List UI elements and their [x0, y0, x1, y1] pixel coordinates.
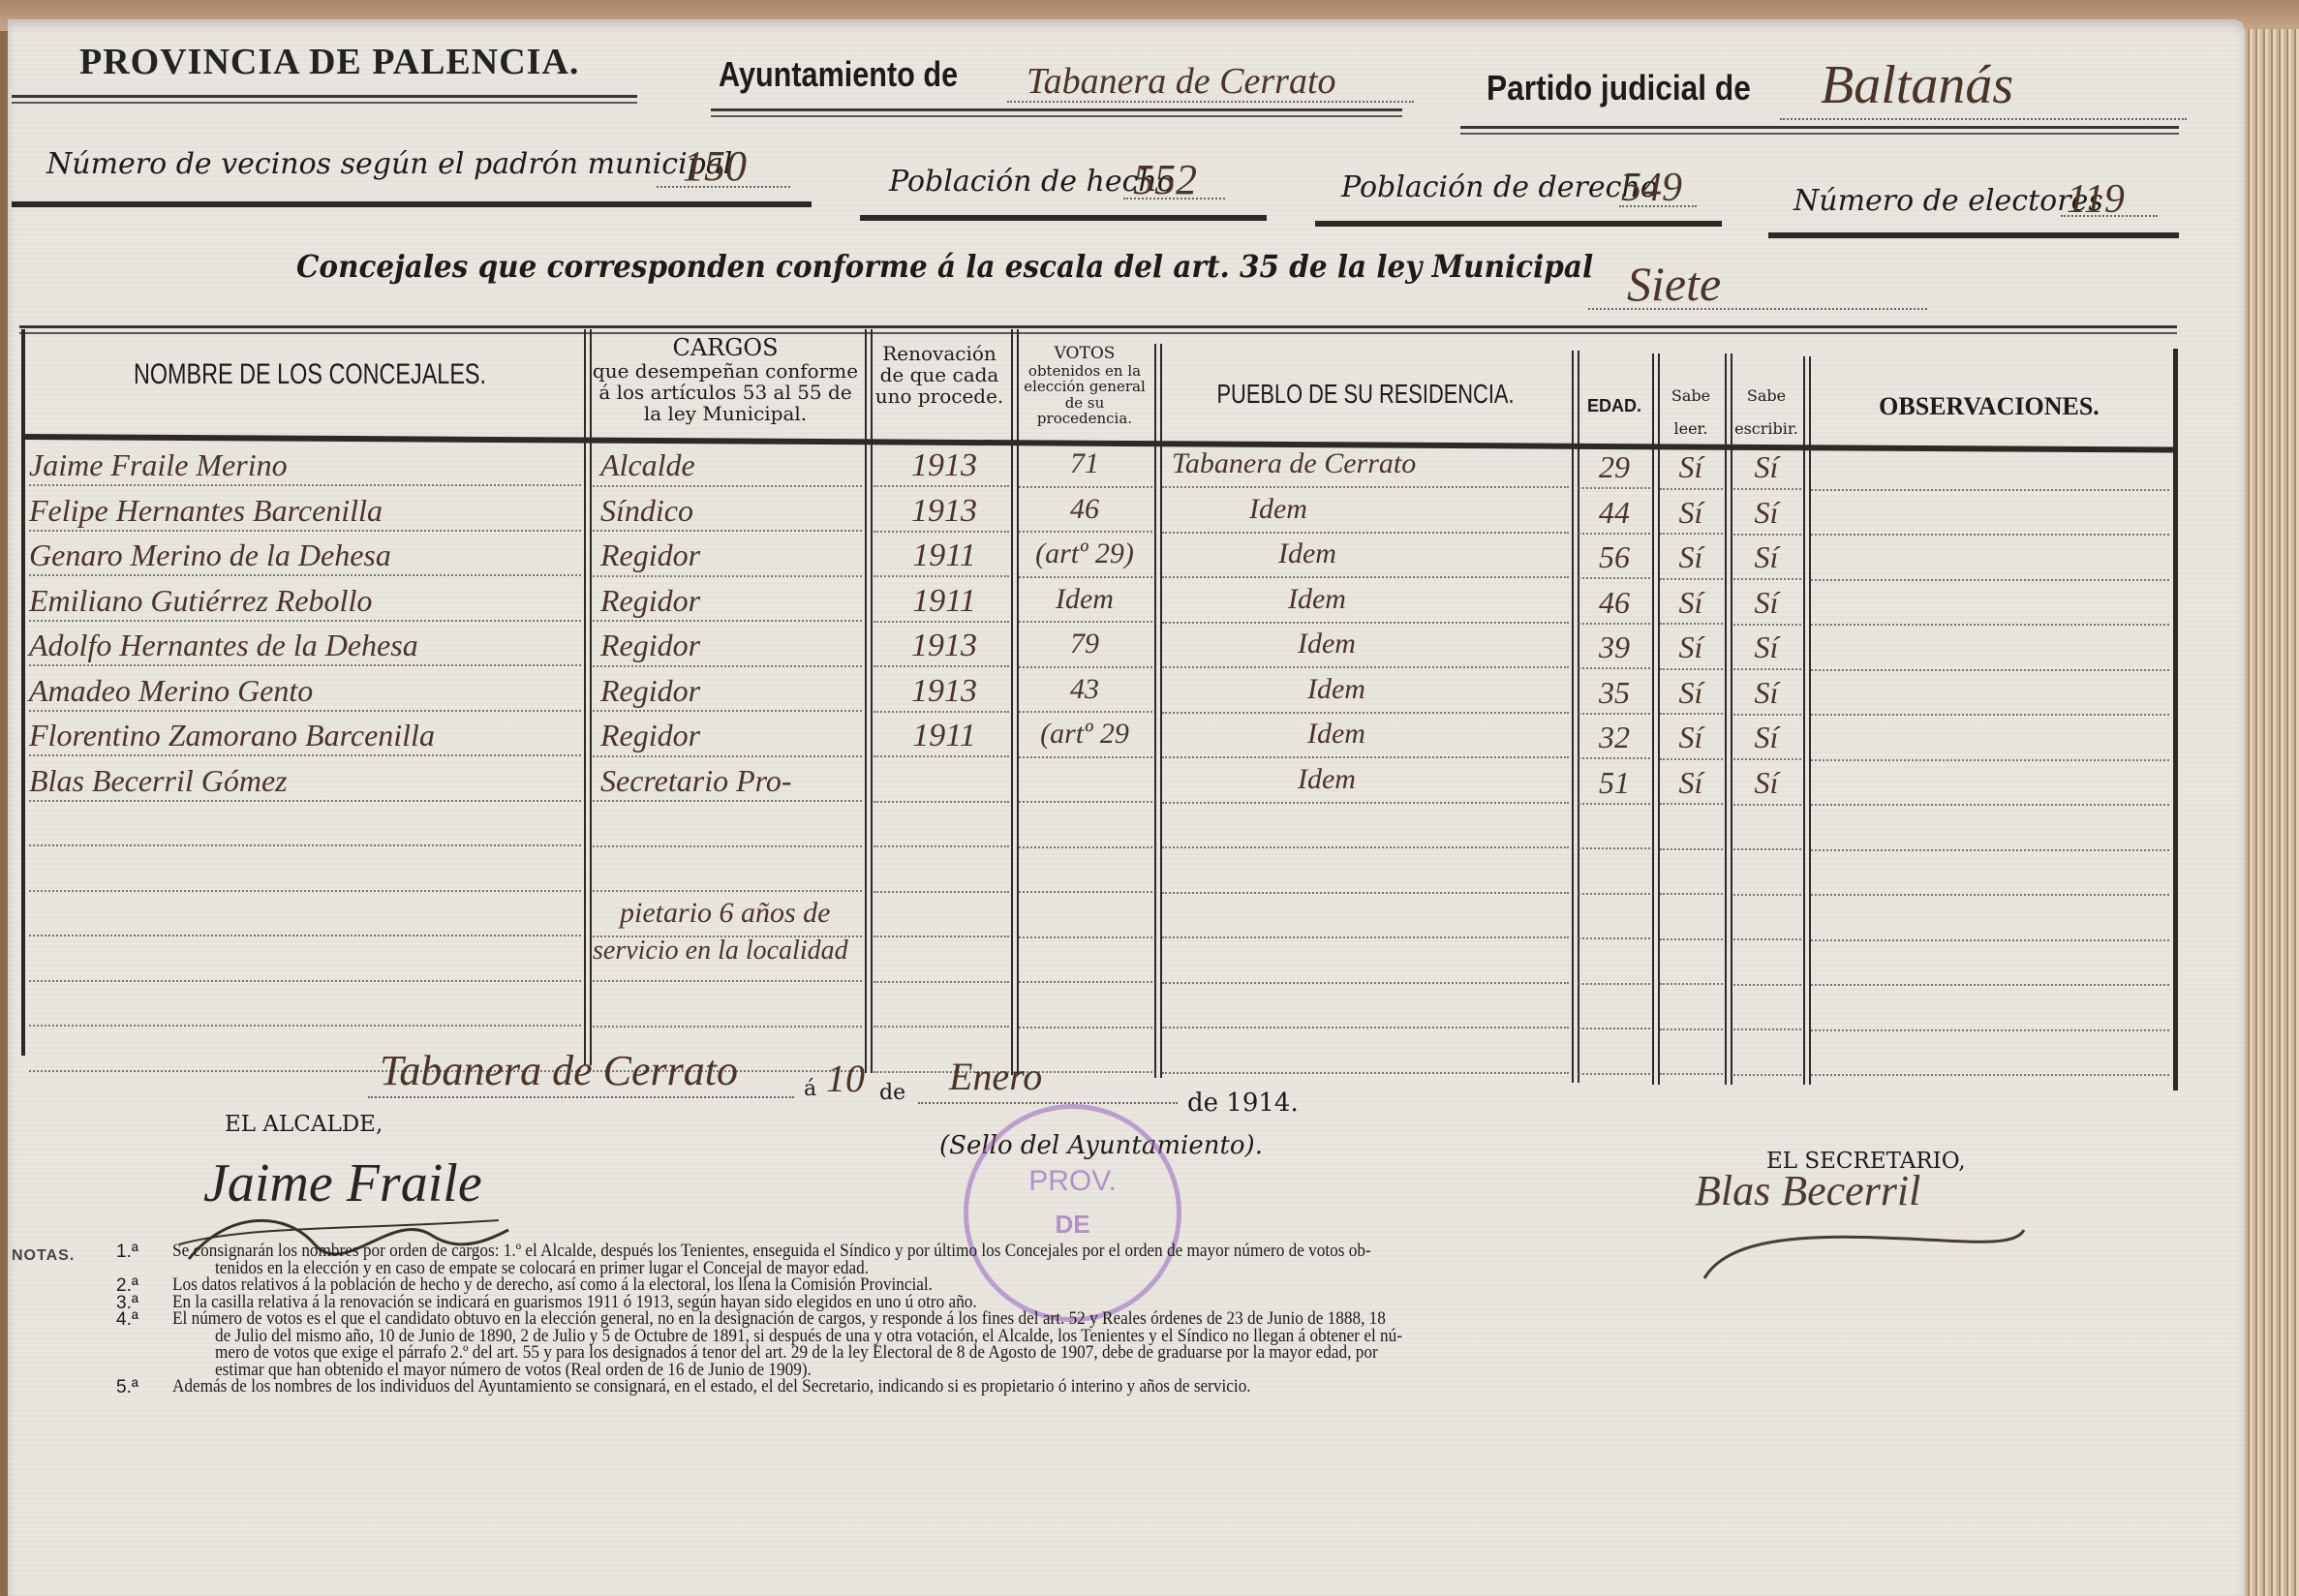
row-dotted-line: [29, 980, 581, 982]
date-place: Tabanera de Cerrato: [380, 1046, 738, 1095]
provincia-rule: [12, 95, 637, 104]
row-dotted-line: [1019, 711, 1152, 713]
date-month-field: [918, 1102, 1178, 1104]
row-dotted-line: [593, 980, 862, 982]
hecho-label: Población de hecho: [889, 165, 1175, 199]
derecho-label: Población de derecho: [1341, 170, 1658, 204]
cell-cargo: Síndico: [600, 493, 693, 529]
row-dotted-line: [874, 755, 1009, 757]
row-dotted-line: [29, 710, 581, 712]
header-votos-title: VOTOS: [1017, 345, 1152, 363]
page-edges: [2245, 29, 2299, 1596]
derecho-rule: [1315, 221, 1722, 227]
row-dotted-line: [1733, 804, 1801, 806]
row-dotted-line: [1660, 758, 1723, 760]
cell-cargo: Alcalde: [600, 447, 695, 483]
row-dotted-line: [1811, 669, 2169, 671]
row-dotted-line: [1162, 576, 1569, 578]
concejales-label: Concejales que corresponden conforme á l…: [296, 248, 1593, 285]
stamp-mid: DE: [968, 1210, 1177, 1240]
row-dotted-line: [874, 485, 1009, 487]
header-observaciones: OBSERVACIONES.: [1809, 393, 2169, 421]
ayuntamiento-rule: [711, 108, 1402, 117]
header-nombre: NOMBRE DE LOS CONCEJALES.: [99, 358, 522, 390]
row-dotted-line: [1733, 848, 1801, 850]
row-dotted-line: [874, 1026, 1009, 1028]
row-dotted-line: [29, 1025, 581, 1027]
row-dotted-line: [1660, 848, 1723, 850]
vecinos-value: 150: [683, 141, 747, 191]
date-a: á: [804, 1077, 816, 1101]
row-dotted-line: [874, 531, 1009, 533]
row-dotted-line: [1162, 936, 1569, 938]
row-dotted-line: [29, 935, 581, 936]
cell-votos: 43: [1017, 673, 1152, 706]
row-dotted-line: [1660, 1028, 1723, 1030]
cell-edad: 44: [1579, 495, 1650, 531]
row-dotted-line: [1811, 1029, 2169, 1031]
row-dotted-line: [1811, 714, 2169, 716]
header-cargos: CARGOS que desempeñan conforme á los art…: [587, 335, 864, 424]
cell-pueblo: Idem: [1298, 763, 1356, 796]
row-dotted-line: [1579, 1073, 1650, 1075]
row-dotted-line: [1811, 849, 2169, 851]
cell-pueblo: Idem: [1249, 493, 1307, 526]
row-dotted-line: [1660, 803, 1723, 805]
row-dotted-line: [1811, 534, 2169, 536]
cell-votos: (artº 29: [1017, 718, 1152, 751]
cell-cargo: Regidor: [600, 718, 700, 753]
row-dotted-line: [593, 800, 862, 802]
row-dotted-line: [1162, 756, 1569, 758]
row-dotted-line: [1019, 801, 1152, 803]
partido-field: [1780, 118, 2187, 120]
cell-nombre: Florentino Zamorano Barcenilla: [29, 718, 435, 753]
row-dotted-line: [1733, 668, 1801, 670]
cell-escribir: Sí: [1732, 495, 1801, 531]
row-dotted-line: [1162, 486, 1569, 488]
row-dotted-line: [874, 621, 1009, 623]
cell-escribir: Sí: [1732, 720, 1801, 755]
table-right-border: [2173, 349, 2178, 1090]
electores-label: Número de electores: [1793, 184, 2103, 218]
partido-rule: [1460, 126, 2179, 135]
row-dotted-line: [874, 801, 1009, 803]
row-dotted-line: [1162, 1072, 1569, 1074]
electores-rule: [1768, 232, 2179, 238]
date-de: de: [879, 1081, 905, 1105]
cell-edad: 51: [1579, 765, 1650, 801]
header-leer: Sabe leer.: [1658, 380, 1724, 445]
date-month: Enero: [949, 1054, 1042, 1099]
row-dotted-line: [874, 711, 1009, 713]
row-dotted-line: [1162, 892, 1569, 894]
cell-renovacion: 1911: [881, 583, 1007, 620]
row-dotted-line: [29, 754, 581, 756]
row-dotted-line: [593, 890, 862, 892]
ayuntamiento-value: Tabanera de Cerrato: [1027, 60, 1336, 103]
header-votos: VOTOS obtenidos en la elección general d…: [1017, 345, 1152, 427]
row-dotted-line: [1811, 1074, 2169, 1076]
row-dotted-line: [1733, 894, 1801, 896]
row-dotted-line: [593, 620, 862, 622]
cell-edad: 46: [1579, 585, 1650, 621]
row-dotted-line: [1660, 893, 1723, 895]
row-dotted-line: [1579, 577, 1650, 579]
cell-votos: (artº 29): [1017, 537, 1152, 570]
row-dotted-line: [29, 530, 581, 532]
cell-edad: 39: [1579, 629, 1650, 665]
row-dotted-line: [1660, 938, 1723, 940]
row-dotted-line: [1579, 893, 1650, 895]
row-dotted-line: [1733, 1074, 1801, 1076]
cell-leer: Sí: [1658, 495, 1724, 531]
row-dotted-line: [874, 936, 1009, 937]
nota-number: 1.ª: [116, 1242, 138, 1263]
cell-edad: 56: [1579, 539, 1650, 575]
row-dotted-line: [1733, 714, 1801, 716]
row-dotted-line: [1811, 939, 2169, 941]
cell-pueblo: Idem: [1298, 628, 1356, 660]
row-dotted-line: [1811, 624, 2169, 626]
col-divider-4: [1154, 344, 1162, 1078]
provincia-title: PROVINCIA DE PALENCIA.: [79, 41, 579, 83]
row-dotted-line: [1579, 1028, 1650, 1029]
row-dotted-line: [1733, 758, 1801, 760]
row-dotted-line: [1579, 803, 1650, 805]
nota-number: 4.ª: [116, 1309, 138, 1331]
row-dotted-line: [1019, 846, 1152, 848]
row-dotted-line: [593, 845, 862, 847]
row-dotted-line: [1733, 534, 1801, 536]
row-dotted-line: [1162, 666, 1569, 668]
row-dotted-line: [1162, 622, 1569, 624]
cell-cargo: Regidor: [600, 628, 700, 663]
row-dotted-line: [1019, 576, 1152, 578]
row-dotted-line: [1811, 759, 2169, 761]
partido-label: Partido judicial de: [1487, 68, 1751, 108]
row-dotted-line: [1733, 624, 1801, 626]
hecho-value: 552: [1133, 155, 1197, 204]
table-top-rule: [19, 325, 2177, 334]
cell-escribir: Sí: [1732, 675, 1801, 711]
cell-nombre: Jaime Fraile Merino: [29, 447, 288, 483]
row-dotted-line: [1019, 666, 1152, 668]
cell-nombre: Felipe Hernantes Barcenilla: [29, 493, 383, 529]
cell-leer: Sí: [1658, 585, 1724, 621]
vecinos-rule: [12, 201, 812, 207]
row-dotted-line: [1660, 533, 1723, 535]
row-dotted-line: [1579, 623, 1650, 625]
row-dotted-line: [1579, 983, 1650, 985]
cell-leer: Sí: [1658, 720, 1724, 755]
stamp-top: PROV.: [968, 1165, 1177, 1198]
row-dotted-line: [1579, 847, 1650, 849]
cell-nombre: Genaro Merino de la Dehesa: [29, 537, 391, 573]
cell-leer: Sí: [1658, 539, 1724, 575]
cell-pueblo: Idem: [1278, 537, 1336, 570]
ayuntamiento-stamp: PROV. DE: [964, 1104, 1181, 1322]
cell-renovacion: 1913: [881, 447, 1007, 484]
row-dotted-line: [29, 844, 581, 846]
row-dotted-line: [593, 575, 862, 577]
date-place-field: [368, 1096, 794, 1098]
cell-votos: 79: [1017, 628, 1152, 660]
cell-renovacion: 1911: [881, 537, 1007, 574]
row-dotted-line: [1660, 578, 1723, 580]
cell-renovacion: 1913: [881, 493, 1007, 530]
row-dotted-line: [1660, 668, 1723, 670]
row-dotted-line: [1162, 1027, 1569, 1028]
secretario-extra-2: servicio en la localidad: [593, 936, 848, 967]
row-dotted-line: [593, 485, 862, 487]
cell-nombre: Adolfo Hernantes de la Dehesa: [29, 628, 418, 663]
cell-leer: Sí: [1658, 675, 1724, 711]
row-dotted-line: [1019, 981, 1152, 983]
row-dotted-line: [1162, 712, 1569, 714]
row-dotted-line: [1660, 1073, 1723, 1075]
row-dotted-line: [1579, 667, 1650, 669]
cell-cargo: Secretario Pro-: [600, 763, 792, 799]
cell-escribir: Sí: [1732, 585, 1801, 621]
row-dotted-line: [1811, 489, 2169, 491]
row-dotted-line: [29, 890, 581, 892]
nota-line: Además de los nombres de los individuos …: [172, 1377, 1251, 1397]
cell-pueblo: Idem: [1307, 718, 1365, 751]
vecinos-label: Número de vecinos según el padrón munici…: [46, 147, 732, 181]
row-dotted-line: [1733, 1028, 1801, 1030]
header-edad: EDAD.: [1579, 397, 1650, 416]
row-dotted-line: [593, 755, 862, 757]
ayuntamiento-label: Ayuntamiento de: [719, 54, 958, 95]
row-dotted-line: [1019, 621, 1152, 623]
header-renovacion: Renovación de que cada uno procede.: [870, 341, 1009, 407]
row-dotted-line: [1162, 802, 1569, 804]
row-dotted-line: [1019, 486, 1152, 488]
row-dotted-line: [1019, 756, 1152, 758]
header-votos-sub: obtenidos en la elección general de su p…: [1017, 363, 1152, 427]
row-dotted-line: [1019, 531, 1152, 533]
alcalde-label: EL ALCALDE,: [225, 1112, 383, 1137]
cell-escribir: Sí: [1732, 449, 1801, 485]
cell-pueblo: Idem: [1307, 673, 1365, 706]
cell-edad: 29: [1579, 449, 1650, 485]
cell-leer: Sí: [1658, 629, 1724, 665]
row-dotted-line: [1811, 894, 2169, 896]
row-dotted-line: [1811, 579, 2169, 581]
row-dotted-line: [1579, 533, 1650, 535]
concejales-value: Siete: [1627, 256, 1721, 312]
row-dotted-line: [1579, 713, 1650, 715]
row-dotted-line: [29, 484, 581, 486]
row-dotted-line: [874, 845, 1009, 847]
row-dotted-line: [874, 665, 1009, 667]
cell-renovacion: 1911: [881, 718, 1007, 754]
header-pueblo: PUEBLO DE SU RESIDENCIA.: [1206, 380, 1526, 410]
cell-escribir: Sí: [1732, 539, 1801, 575]
date-year: de 1914.: [1187, 1089, 1299, 1118]
secretario-signature: Blas Becerril: [1695, 1166, 1920, 1215]
cell-edad: 32: [1579, 720, 1650, 755]
row-dotted-line: [29, 574, 581, 576]
cell-votos: Idem: [1017, 583, 1152, 616]
row-dotted-line: [1162, 532, 1569, 534]
row-dotted-line: [1660, 623, 1723, 625]
nota-number: 5.ª: [116, 1377, 138, 1398]
header-escribir: Sabe escribir.: [1730, 380, 1803, 445]
row-dotted-line: [1811, 984, 2169, 986]
cell-nombre: Amadeo Merino Gento: [29, 673, 313, 709]
cell-renovacion: 1913: [881, 673, 1007, 710]
row-dotted-line: [1811, 804, 2169, 806]
cell-cargo: Regidor: [600, 583, 700, 619]
row-dotted-line: [1660, 713, 1723, 715]
row-dotted-line: [29, 800, 581, 802]
cell-escribir: Sí: [1732, 629, 1801, 665]
secretario-extra-1: pietario 6 años de: [620, 897, 831, 930]
cell-escribir: Sí: [1732, 765, 1801, 801]
row-dotted-line: [1579, 757, 1650, 759]
cell-nombre: Emiliano Gutiérrez Rebollo: [29, 583, 372, 619]
cell-votos: 71: [1017, 447, 1152, 480]
cell-cargo: Regidor: [600, 673, 700, 709]
cell-leer: Sí: [1658, 765, 1724, 801]
cell-edad: 35: [1579, 675, 1650, 711]
row-dotted-line: [874, 981, 1009, 983]
cell-renovacion: 1913: [881, 628, 1007, 664]
cell-leer: Sí: [1658, 449, 1724, 485]
header-cargos-title: CARGOS: [587, 335, 864, 360]
row-dotted-line: [874, 891, 1009, 893]
row-dotted-line: [1162, 982, 1569, 984]
cell-pueblo: Idem: [1288, 583, 1346, 616]
header-cargos-sub: que desempeñan conforme á los artículos …: [587, 360, 864, 424]
row-dotted-line: [1660, 983, 1723, 985]
row-dotted-line: [593, 665, 862, 667]
hecho-rule: [860, 215, 1267, 221]
row-dotted-line: [1579, 937, 1650, 939]
row-dotted-line: [874, 575, 1009, 577]
cell-nombre: Blas Becerril Gómez: [29, 763, 288, 799]
row-dotted-line: [593, 1026, 862, 1028]
date-day: 10: [826, 1056, 865, 1101]
row-dotted-line: [29, 664, 581, 666]
row-dotted-line: [1733, 984, 1801, 986]
row-dotted-line: [1733, 938, 1801, 940]
electores-value: 119: [2067, 176, 2125, 223]
cell-votos: 46: [1017, 493, 1152, 526]
notas-label: NOTAS.: [12, 1247, 75, 1265]
row-dotted-line: [1162, 846, 1569, 848]
cell-cargo: Regidor: [600, 537, 700, 573]
row-dotted-line: [593, 710, 862, 712]
row-dotted-line: [1019, 1027, 1152, 1028]
row-dotted-line: [1733, 578, 1801, 580]
row-dotted-line: [1019, 936, 1152, 938]
row-dotted-line: [1579, 487, 1650, 489]
row-dotted-line: [593, 530, 862, 532]
row-dotted-line: [1733, 488, 1801, 490]
row-dotted-line: [1019, 891, 1152, 893]
row-dotted-line: [1660, 488, 1723, 490]
col-divider-8: [1803, 356, 1811, 1085]
row-dotted-line: [29, 620, 581, 622]
derecho-value: 549: [1621, 165, 1682, 211]
secretario-flourish: [1666, 1220, 2034, 1288]
cell-pueblo: Tabanera de Cerrato: [1172, 447, 1416, 480]
partido-value: Baltanás: [1821, 54, 2013, 116]
